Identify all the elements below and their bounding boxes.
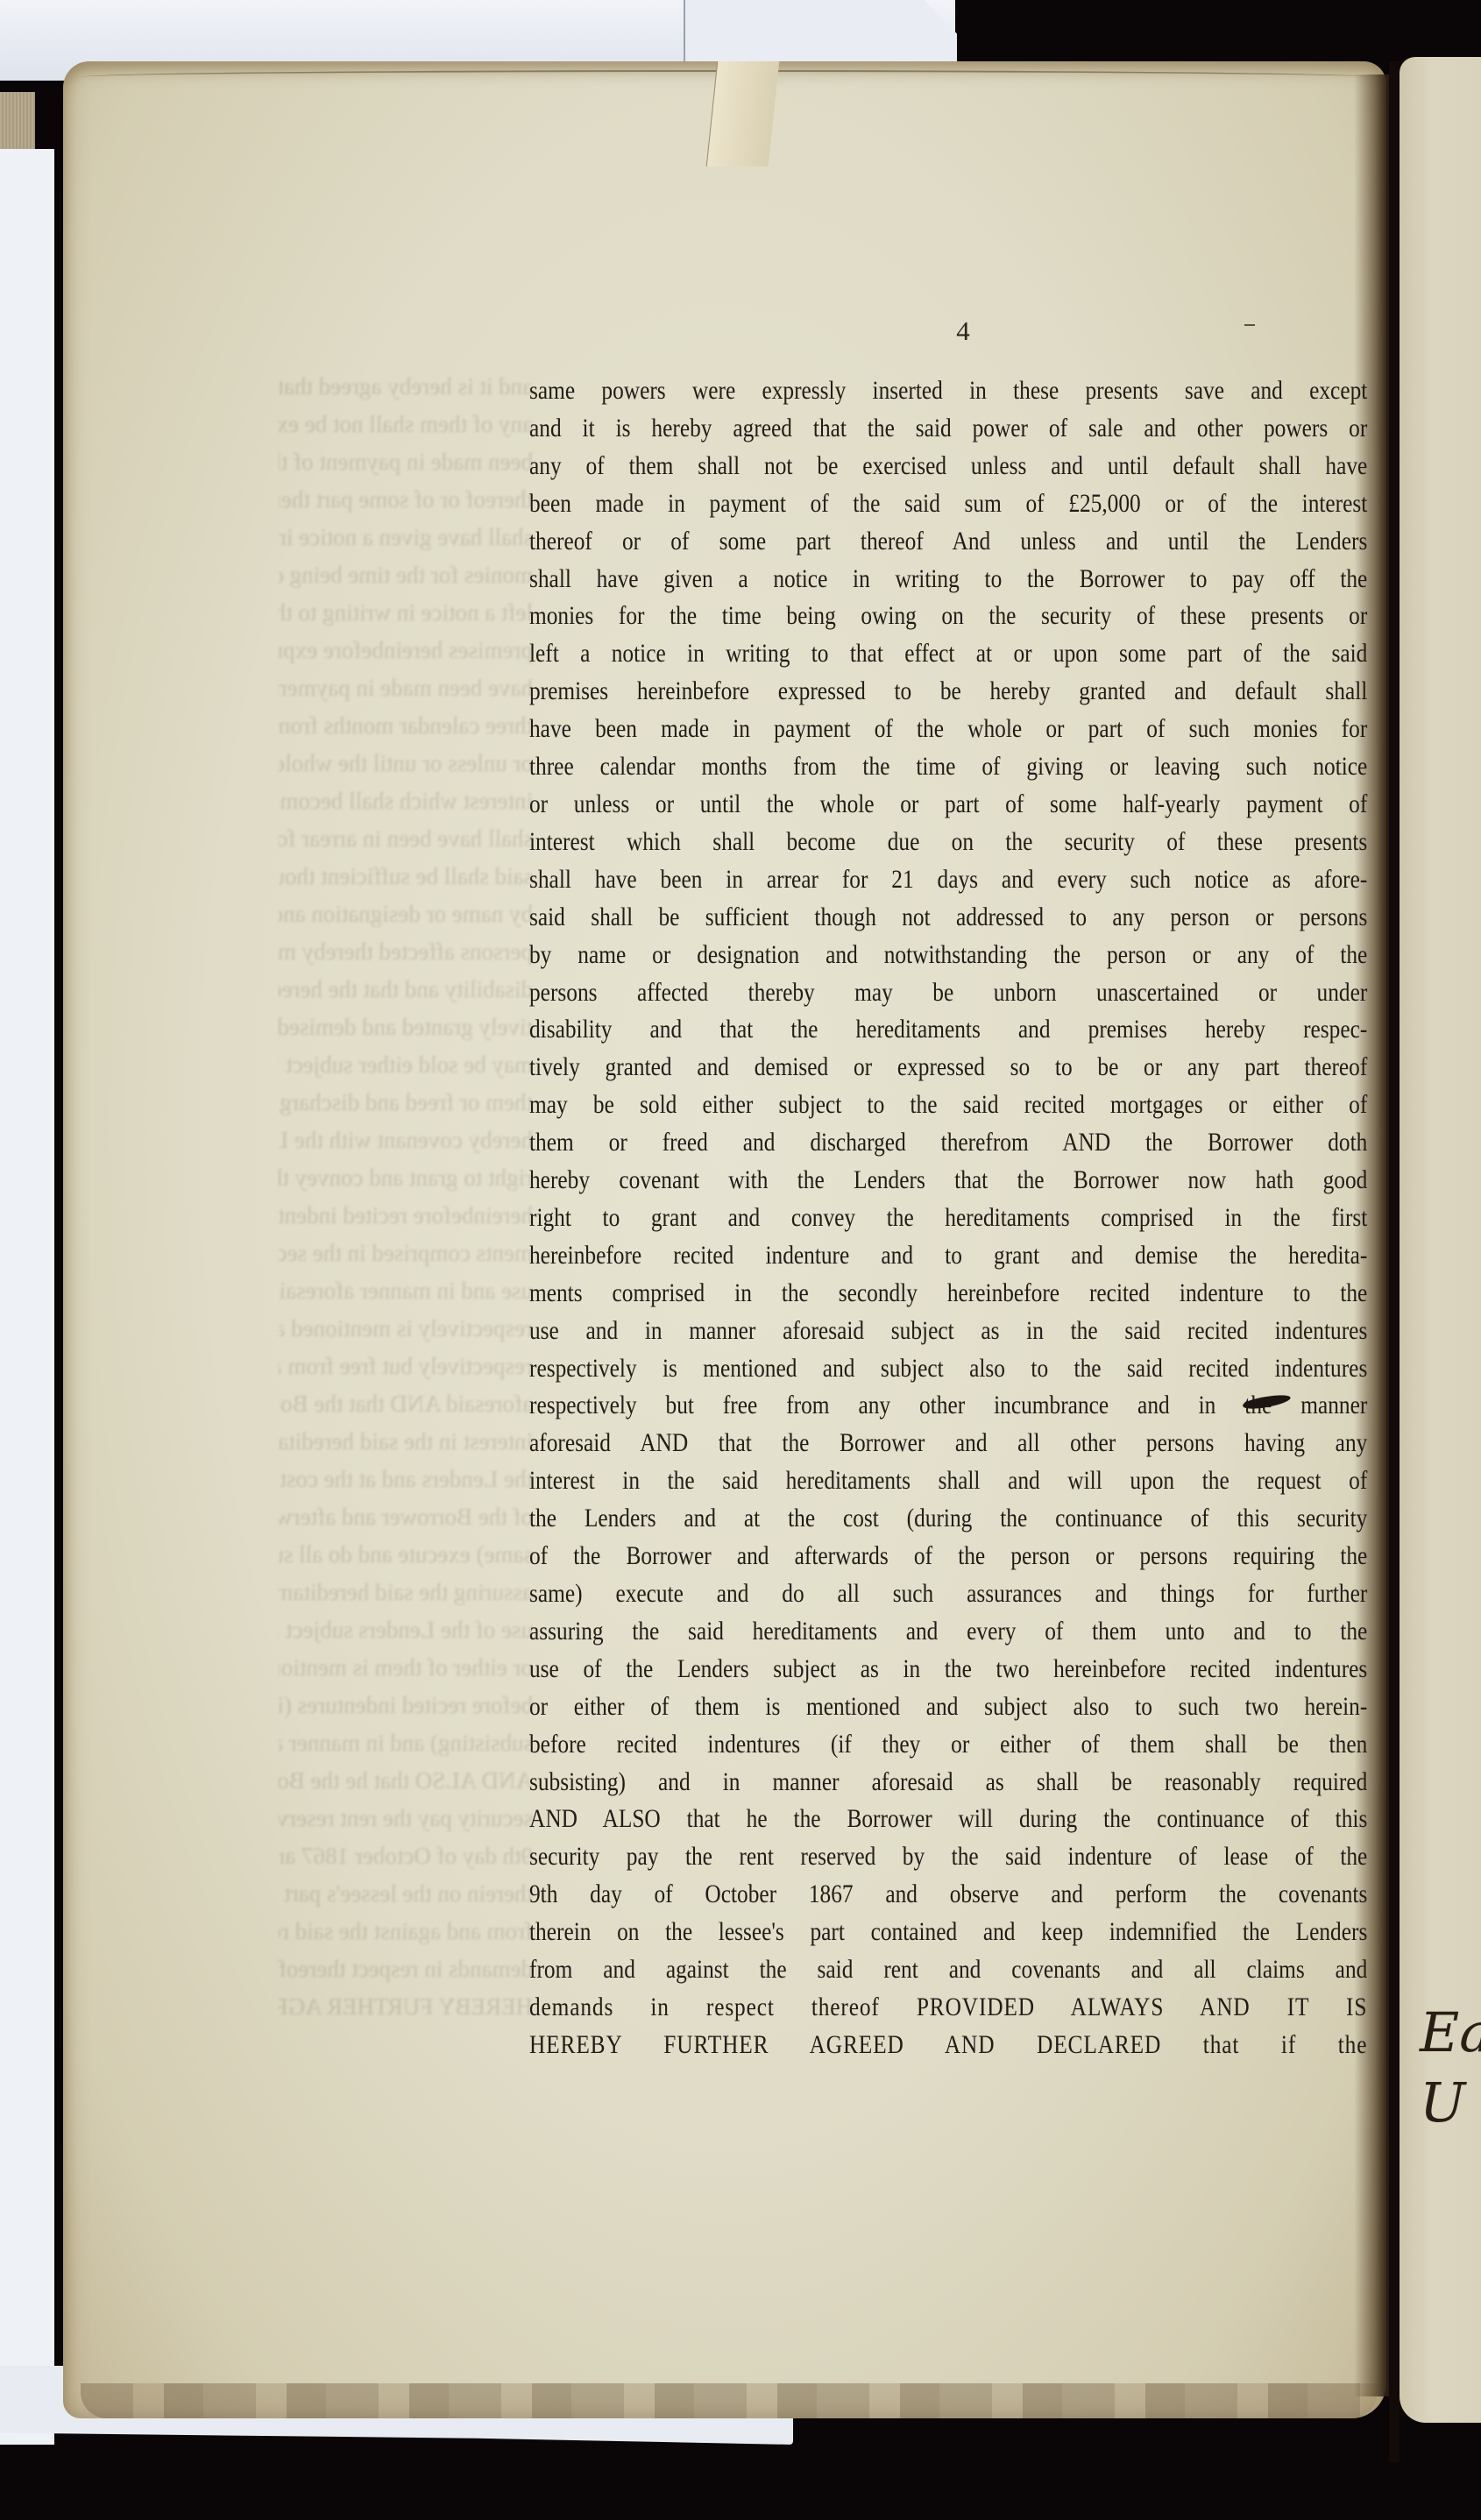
- body-text: same powers were expressly inserted in t…: [529, 372, 1253, 2064]
- text-line: been made in payment of the said sum of …: [529, 485, 1367, 523]
- text-line: HEREBY FURTHER AGREED AND DECLARED that …: [529, 2027, 1367, 2064]
- text-line: security pay the rent reserved by the sa…: [529, 1838, 1367, 1876]
- page-tear: [706, 61, 780, 166]
- text-line: ments comprised in the secondly hereinbe…: [529, 1275, 1367, 1313]
- text-line: of the Borrower and afterwards of the pe…: [529, 1538, 1367, 1575]
- text-line: aforesaid AND that the Borrower and all …: [529, 1425, 1367, 1462]
- text-line: respectively is mentioned and subject al…: [529, 1350, 1367, 1388]
- text-line: use of the Lenders subject as in the two…: [529, 1651, 1367, 1688]
- binding-cloth: [0, 92, 35, 153]
- text-line: same powers were expressly inserted in t…: [529, 372, 1367, 410]
- text-line: same) execute and do all such assurances…: [529, 1575, 1367, 1613]
- text-line: AND ALSO that he the Borrower will durin…: [529, 1801, 1367, 1838]
- text-line: disability and that the hereditaments an…: [529, 1011, 1367, 1049]
- text-line: 9th day of October 1867 and observe and …: [529, 1876, 1367, 1914]
- text-line: shall have been in arrear for 21 days an…: [529, 861, 1367, 899]
- text-line: persons affected thereby may be unborn u…: [529, 974, 1367, 1012]
- text-line: and it is hereby agreed that the said po…: [529, 410, 1367, 448]
- text-line: interest in the said hereditaments shall…: [529, 1462, 1367, 1500]
- text-line: respectively but free from any other inc…: [529, 1387, 1367, 1425]
- page-number: 4: [950, 315, 976, 347]
- text-line: monies for the time being owing on the s…: [529, 598, 1367, 635]
- text-line: them or freed and discharged therefrom A…: [529, 1124, 1367, 1162]
- text-line: use and in manner aforesaid subject as i…: [529, 1313, 1367, 1350]
- text-line: premises hereinbefore expressed to be he…: [529, 673, 1367, 711]
- text-line: from and against the said rent and coven…: [529, 1951, 1367, 1989]
- text-line: any of them shall not be exercised unles…: [529, 448, 1367, 485]
- text-line: the Lenders and at the cost (during the …: [529, 1500, 1367, 1538]
- bleed-through-text: and it is hereby agreed that the said po…: [279, 368, 533, 2050]
- text-line: demands in respect thereof PROVIDED ALWA…: [529, 1989, 1367, 2027]
- text-line: have been made in payment of the whole o…: [529, 711, 1367, 748]
- text-line: thereof or of some part thereof And unle…: [529, 523, 1367, 561]
- text-line: shall have given a notice in writing to …: [529, 561, 1367, 598]
- facing-page-handwriting: Ea U: [1420, 1998, 1481, 2208]
- text-line: before recited indentures (if they or ei…: [529, 1726, 1367, 1764]
- text-line: by name or designation and notwithstandi…: [529, 937, 1367, 974]
- text-line: interest which shall become due on the s…: [529, 824, 1367, 861]
- book-gutter: [1389, 61, 1400, 2462]
- frayed-bottom-edge: [81, 2383, 1378, 2418]
- text-line: subsisting) and in manner aforesaid as s…: [529, 1764, 1367, 1802]
- text-line: right to grant and convey the hereditame…: [529, 1200, 1367, 1237]
- text-line: tively granted and demised or expressed …: [529, 1049, 1367, 1087]
- text-line: may be sold either subject to the said r…: [529, 1087, 1367, 1124]
- text-line: assuring the said hereditaments and ever…: [529, 1613, 1367, 1651]
- backing-sheet-left: [0, 149, 54, 2445]
- text-line: therein on the lessee's part contained a…: [529, 1914, 1367, 1951]
- text-line: or either of them is mentioned and subje…: [529, 1688, 1367, 1726]
- text-line: said shall be sufficient though not addr…: [529, 899, 1367, 937]
- text-line: hereinbefore recited indenture and to gr…: [529, 1237, 1367, 1275]
- text-line: left a notice in writing to that effect …: [529, 635, 1367, 673]
- stray-mark: [1244, 324, 1255, 326]
- text-line: three calendar months from the time of g…: [529, 748, 1367, 786]
- text-line: or unless or until the whole or part of …: [529, 786, 1367, 824]
- backing-sheet-tab: [684, 0, 957, 61]
- text-line: hereby covenant with the Lenders that th…: [529, 1162, 1367, 1200]
